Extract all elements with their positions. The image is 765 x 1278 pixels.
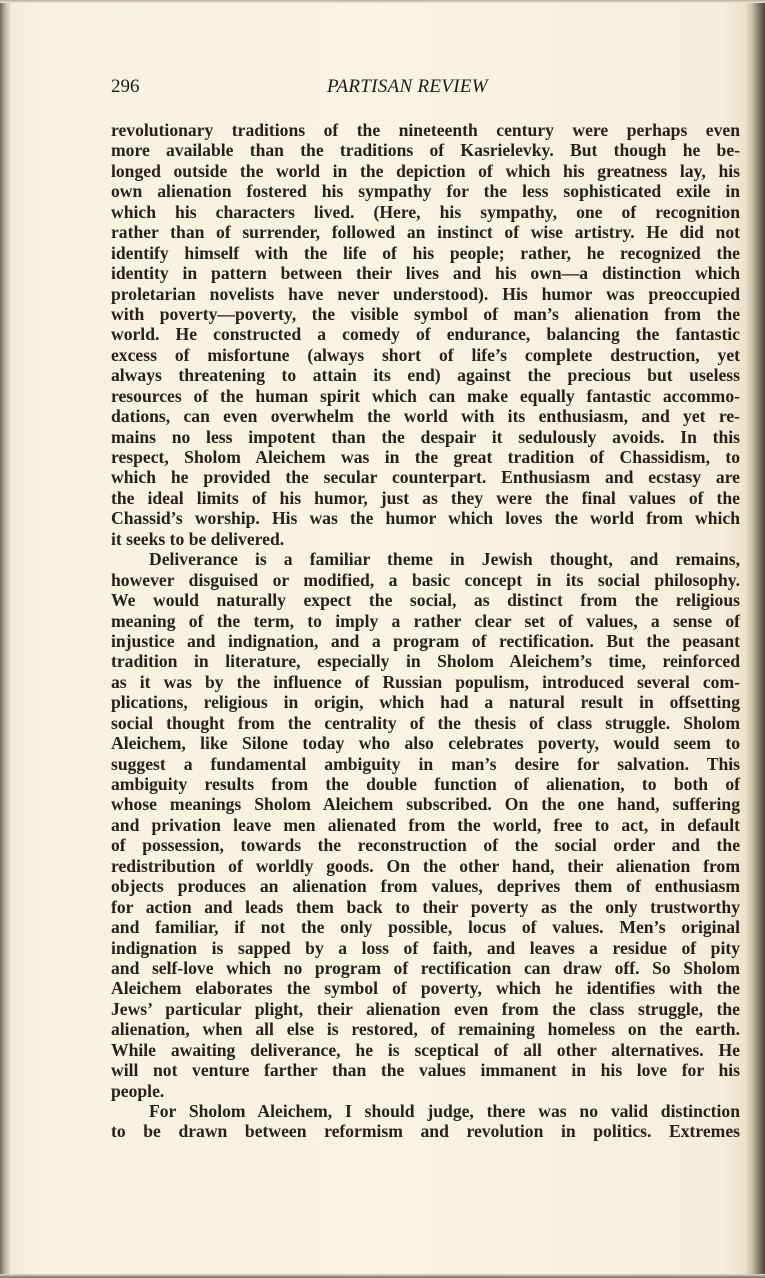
text-line: as it was by the influence of Russian po… [111,672,740,692]
text-line: meaning of the term, to imply a rather c… [111,611,740,631]
text-line: longed outside the world in the depictio… [111,161,740,181]
text-line: tradition in literature, especially in S… [111,651,740,671]
text-line: it seeks to be delivered. [111,529,740,549]
paragraph: Deliverance is a familiar theme in Jewis… [111,549,740,1101]
text-line: proletarian novelists have never underst… [111,284,740,304]
text-line: however disguised or modified, a basic c… [111,570,740,590]
text-line: for action and leads them back to their … [111,897,740,917]
page-gutter-shadow [0,0,10,1278]
text-line: indignation is sapped by a loss of faith… [111,938,740,958]
text-line: respect, Sholom Aleichem was in the grea… [111,447,740,467]
journal-title: PARTISAN REVIEW [327,76,488,98]
text-line: and familiar, if not the only possible, … [111,917,740,937]
text-line: Jews’ particular plight, their alienatio… [111,999,740,1019]
paragraph: revolutionary traditions of the nineteen… [111,120,740,549]
text-line: ambiguity results from the double functi… [111,774,740,794]
text-line: always threatening to attain its end) ag… [111,365,740,385]
page-bottom-edge [0,1274,765,1278]
text-line: world. He constructed a comedy of endura… [111,324,740,344]
text-line: and privation leave men alienated from t… [111,815,740,835]
text-line: revolutionary traditions of the nineteen… [111,120,740,140]
text-line: rather than of surrender, followed an in… [111,222,740,242]
text-line: dations, can even overwhelm the world wi… [111,406,740,426]
running-head: 296 PARTISAN REVIEW [111,76,740,100]
text-line: own alienation fostered his sympathy for… [111,181,740,201]
text-line: with poverty—poverty, the visible symbol… [111,304,740,324]
text-line: We would naturally expect the social, as… [111,590,740,610]
text-line: people. [111,1081,740,1101]
text-line: the ideal limits of his humor, just as t… [111,488,740,508]
text-line: which his characters lived. (Here, his s… [111,202,740,222]
text-line: resources of the human spirit which can … [111,386,740,406]
text-line: Chassid’s worship. His was the humor whi… [111,508,740,528]
text-line: more available than the traditions of Ka… [111,140,740,160]
text-line: alienation, when all else is restored, o… [111,1019,740,1039]
text-line: whose meanings Sholom Aleichem subscribe… [111,794,740,814]
text-line: which he provided the secular counterpar… [111,467,740,487]
text-line: While awaiting deliverance, he is scepti… [111,1040,740,1060]
text-line: identity in pattern between their lives … [111,263,740,283]
text-line: objects produces an alienation from valu… [111,876,740,896]
page-number: 296 [111,76,140,98]
text-line: to be drawn between reformism and revolu… [111,1121,740,1141]
text-line: plications, religious in origin, which h… [111,692,740,712]
text-line: injustice and indignation, and a program… [111,631,740,651]
paragraph: For Sholom Aleichem, I should judge, the… [111,1101,740,1142]
text-line: mains no less impotent than the despair … [111,427,740,447]
page-top-edge [0,0,765,3]
text-line: suggest a fundamental ambiguity in man’s… [111,754,740,774]
text-line: redistribution of worldly goods. On the … [111,856,740,876]
text-line: excess of misfortune (always short of li… [111,345,740,365]
text-line: and self-love which no program of rectif… [111,958,740,978]
text-line: identify himself with the life of his pe… [111,243,740,263]
book-page: 296 PARTISAN REVIEW revolutionary tradit… [0,0,765,1278]
text-line: For Sholom Aleichem, I should judge, the… [111,1101,740,1121]
text-line: of possession, towards the reconstructio… [111,835,740,855]
body-text: revolutionary traditions of the nineteen… [111,120,740,1142]
text-line: Aleichem elaborates the symbol of povert… [111,978,740,998]
text-line: Aleichem, like Silone today who also cel… [111,733,740,753]
text-line: Deliverance is a familiar theme in Jewis… [111,549,740,569]
text-line: social thought from the centrality of th… [111,713,740,733]
text-line: will not venture farther than the values… [111,1060,740,1080]
